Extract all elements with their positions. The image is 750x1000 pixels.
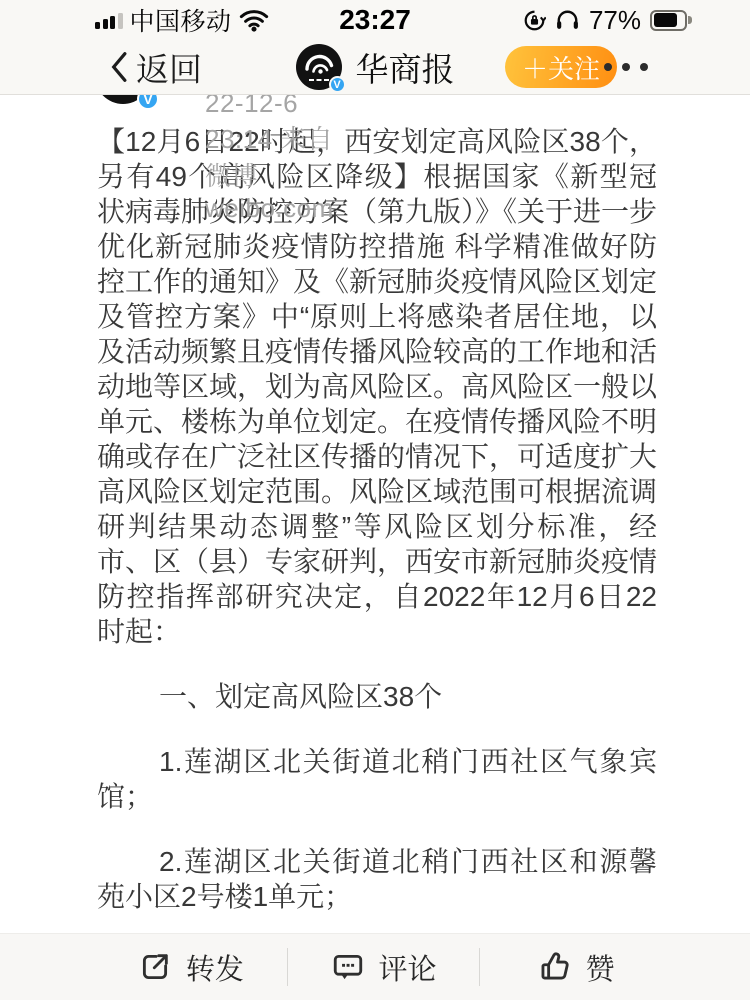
repost-label: 转发 <box>186 947 244 988</box>
like-button[interactable]: 赞 <box>480 934 672 1000</box>
weibo-post-screen: V 22-12-6 23:14 来自微博 weibo.com 中国移动 23:2… <box>0 0 750 1000</box>
action-bar: 转发 评论 赞 <box>0 933 750 1000</box>
battery-percent-label: 77% <box>589 5 641 36</box>
post-body: 【12月6日22时起，西安划定高风险区38个，另有49个高风险区降级】根据国家《… <box>97 124 657 944</box>
post-paragraph: 【12月6日22时起，西安划定高风险区38个，另有49个高风险区降级】根据国家《… <box>97 124 657 649</box>
account-avatar[interactable]: V <box>296 44 342 90</box>
post-paragraph: 2.莲湖区北关街道北稍门西社区和源馨苑小区2号楼1单元； <box>97 844 657 914</box>
status-right-group: 77% <box>523 0 692 40</box>
thumbs-up-icon <box>538 950 572 984</box>
verified-badge-icon: V <box>329 76 346 93</box>
comment-icon <box>331 950 365 984</box>
post-paragraph: 一、划定高风险区38个 <box>97 679 657 714</box>
post-paragraph: 1.莲湖区北关街道北稍门西社区气象宾馆； <box>97 744 657 814</box>
more-dots-icon <box>622 63 630 71</box>
nav-bar: 返回 V 华商报 ＋关注 <box>0 40 750 95</box>
comment-label: 评论 <box>379 947 437 988</box>
more-dots-icon <box>604 63 612 71</box>
repost-button[interactable]: 转发 <box>95 934 287 1000</box>
battery-icon <box>650 10 692 31</box>
status-bar: 中国移动 23:27 77% <box>0 0 750 40</box>
more-dots-icon <box>640 63 648 71</box>
headphones-icon <box>555 8 580 33</box>
like-label: 赞 <box>586 947 615 988</box>
post-timestamp-source: 22-12-6 23:14 来自微博 weibo.com <box>205 88 334 224</box>
account-name-label: 华商报 <box>356 44 455 91</box>
more-options-button[interactable] <box>598 40 654 94</box>
rotation-lock-icon <box>523 9 546 32</box>
repost-icon <box>138 950 172 984</box>
comment-button[interactable]: 评论 <box>288 934 480 1000</box>
